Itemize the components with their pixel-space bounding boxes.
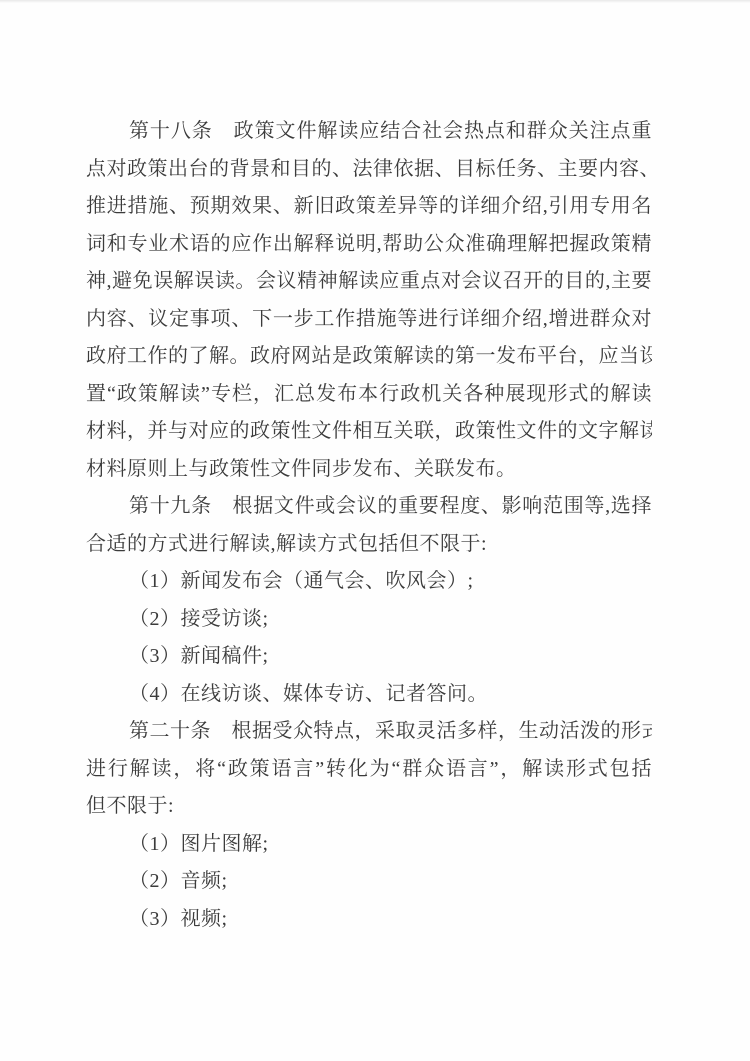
article-19-paragraph: 第十九条 根据文件或会议的重要程度、影响范围等,选择 合适的方式进行解读,解读方… [86, 488, 652, 563]
list-item: （1）图片图解; [86, 826, 652, 864]
list-item: （2）音频; [86, 863, 652, 901]
list-item: （4）在线访谈、媒体专访、记者答问。 [86, 676, 652, 714]
article-18-line: 推进措施、预期效果、新旧政策差异等的详细介绍,引用专用名 [86, 188, 652, 226]
article-19-item-list: （1）新闻发布会（通气会、吹风会）; （2）接受访谈; （3）新闻稿件; （4）… [86, 563, 652, 713]
document-page: 第十八条 政策文件解读应结合社会热点和群众关注点重 点对政策出台的背景和目的、法… [0, 0, 750, 1061]
list-item: （3）视频; [86, 901, 652, 939]
article-18-line: 第十八条 政策文件解读应结合社会热点和群众关注点重 [86, 113, 652, 151]
article-18-paragraph: 第十八条 政策文件解读应结合社会热点和群众关注点重 点对政策出台的背景和目的、法… [86, 113, 652, 488]
article-18-line: 内容、议定事项、下一步工作措施等进行详细介绍,增进群众对 [86, 301, 652, 339]
article-18-line: 点对政策出台的背景和目的、法律依据、目标任务、主要内容、 [86, 151, 652, 189]
article-18-line: 神,避免误解误读。会议精神解读应重点对会议召开的目的,主要 [86, 263, 652, 301]
article-18-line: 政府工作的了解。政府网站是政策解读的第一发布平台，应当设 [86, 338, 652, 376]
article-18-line: 词和专业术语的应作出解释说明,帮助公众准确理解把握政策精 [86, 226, 652, 264]
article-19-line: 合适的方式进行解读,解读方式包括但不限于: [86, 526, 652, 564]
article-20-line: 第二十条 根据受众特点，采取灵活多样，生动活泼的形式 [86, 713, 652, 751]
article-20-paragraph: 第二十条 根据受众特点，采取灵活多样，生动活泼的形式 进行解读，将“政策语言”转… [86, 713, 652, 826]
list-item: （3）新闻稿件; [86, 638, 652, 676]
scan-edge-artifact [0, 0, 750, 3]
article-19-line: 第十九条 根据文件或会议的重要程度、影响范围等,选择 [86, 488, 652, 526]
article-20-line: 但不限于: [86, 788, 652, 826]
article-20-line: 进行解读，将“政策语言”转化为“群众语言”，解读形式包括 [86, 751, 652, 789]
article-18-line: 材料原则上与政策性文件同步发布、关联发布。 [86, 451, 652, 489]
article-20-item-list: （1）图片图解; （2）音频; （3）视频; [86, 826, 652, 939]
list-item: （2）接受访谈; [86, 601, 652, 639]
list-item: （1）新闻发布会（通气会、吹风会）; [86, 563, 652, 601]
document-text-block: 第十八条 政策文件解读应结合社会热点和群众关注点重 点对政策出台的背景和目的、法… [86, 113, 652, 938]
article-18-line: 材料，并与对应的政策性文件相互关联，政策性文件的文字解读 [86, 413, 652, 451]
article-18-line: 置“政策解读”专栏，汇总发布本行政机关各种展现形式的解读 [86, 376, 652, 414]
